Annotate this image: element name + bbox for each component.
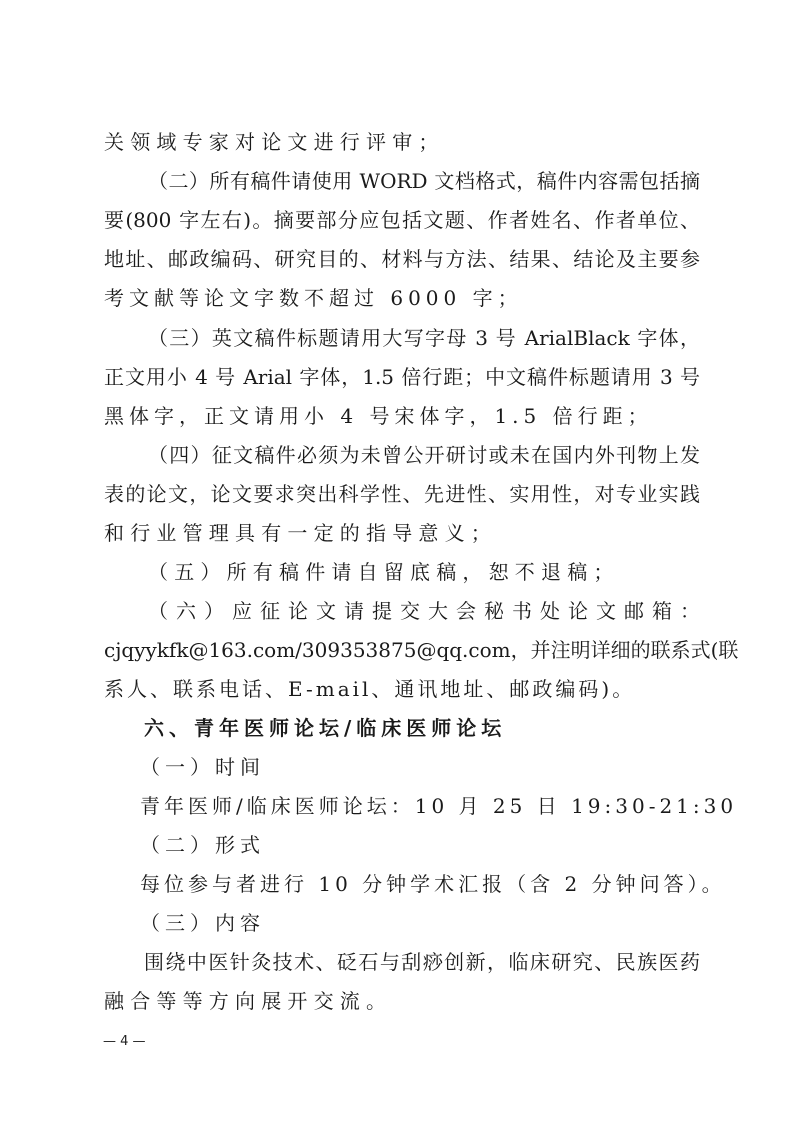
paragraph-line: 黑体字，正文请用小 4 号宋体字，1.5 倍行距； [104, 402, 700, 430]
paragraph-line: （四）征文稿件必须为未曾公开研讨或未在国内外刊物上发 [148, 441, 700, 469]
paragraph-line: （三）英文稿件标题请用大写字母 3 号 ArialBlack 字体， [148, 324, 700, 352]
paragraph-line: 考文献等论文字数不超过 6000 字； [104, 284, 700, 312]
paragraph-line: （二）所有稿件请使用 WORD 文档格式，稿件内容需包括摘 [148, 167, 700, 195]
item-content-time: 青年医师/临床医师论坛：10 月 25 日 19:30-21:30 [140, 792, 736, 820]
paragraph-line: 正文用小 4 号 Arial 字体，1.5 倍行距；中文稿件标题请用 3 号 [104, 363, 700, 391]
item-content-line: 围绕中医针灸技术、砭石与刮痧创新，临床研究、民族医药 [144, 948, 700, 976]
paragraph-line: （五）所有稿件请自留底稿，恕不退稿； [148, 558, 700, 586]
item-label-content: （三）内容 [140, 909, 736, 937]
paragraph-line: 要(800 字左右)。摘要部分应包括文题、作者姓名、作者单位、 [104, 206, 700, 234]
paragraph-line: 和行业管理具有一定的指导意义； [104, 519, 700, 547]
paragraph-line: 表的论文，论文要求突出科学性、先进性、实用性，对专业实践 [104, 480, 700, 508]
page-number: — 4 — [103, 1034, 146, 1049]
item-label-format: （二）形式 [140, 831, 736, 859]
paragraph-line: 系人、联系电话、E-mail、通讯地址、邮政编码)。 [104, 675, 700, 703]
item-label-time: （一）时间 [140, 753, 736, 781]
item-content-line: 融合等等方向展开交流。 [104, 987, 700, 1015]
email-line: cjqyykfk@163.com/309353875@qq.com，并注明详细的… [104, 636, 700, 664]
item-content-format: 每位参与者进行 10 分钟学术汇报（含 2 分钟问答）。 [140, 870, 736, 898]
section-heading: 六、青年医师论坛/临床医师论坛 [144, 714, 740, 742]
document-page: 关领域专家对论文进行评审； （二）所有稿件请使用 WORD 文档格式，稿件内容需… [0, 0, 800, 1131]
paragraph-line: （六）应征论文请提交大会秘书处论文邮箱： [148, 597, 700, 625]
paragraph-line: 关领域专家对论文进行评审； [104, 128, 700, 156]
paragraph-line: 地址、邮政编码、研究目的、材料与方法、结果、结论及主要参 [104, 245, 700, 273]
